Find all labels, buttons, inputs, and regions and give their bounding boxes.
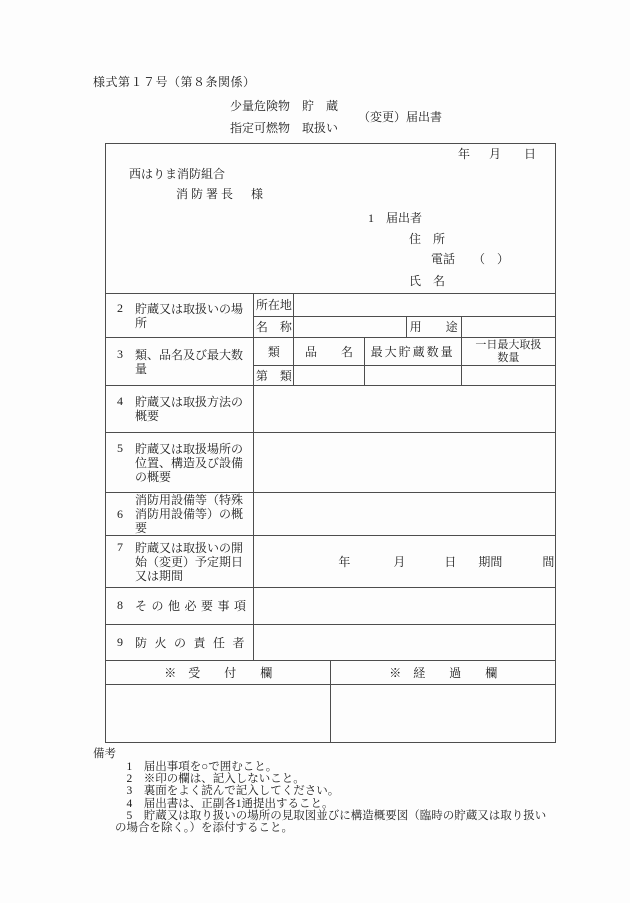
form-number: 様式第１７号（第８条関係）	[93, 76, 256, 88]
facility-name-header: 名 称	[254, 317, 294, 338]
row3-number: 3	[117, 348, 135, 360]
schedule-value-cell: 年 月 日 期間 間	[254, 536, 556, 588]
row8-number: 8	[117, 599, 135, 611]
form-header-cell: 年 月 日 西はりま消防組合 消防署長 様 1 届出者 住 所 電話 （ ） 氏…	[106, 144, 556, 294]
structure-outline-value-cell	[254, 433, 556, 493]
row7-number: 7	[117, 541, 135, 553]
other-items-value-cell	[254, 588, 556, 625]
max-storage-header-text: 最大貯蔵数量	[371, 345, 455, 359]
daily-max-header: 一日最大取扱 数量	[461, 338, 555, 366]
fire-manager-value-cell	[254, 625, 556, 661]
class-value-cell: 第 類	[254, 366, 294, 386]
class-header: 類	[254, 338, 294, 366]
facility-name-value-cell	[294, 317, 406, 338]
row5-number: 5	[117, 442, 135, 454]
item-name-header: 品 名	[294, 338, 364, 366]
title-alternatives: 少量危険物 貯 蔵 指定可燃物 取扱い	[230, 95, 338, 139]
fire-equipment-value-cell	[254, 493, 556, 536]
max-storage-value-cell	[364, 366, 461, 386]
form-document-page: 様式第１７号（第８条関係） 少量危険物 貯 蔵 指定可燃物 取扱い （変更）届出…	[0, 0, 630, 903]
schedule-month-label: 月	[393, 556, 405, 568]
row6-label: 消防用設備等（特殊 消防用設備等）の概 要	[135, 493, 243, 535]
row2-number: 2	[117, 302, 135, 314]
row2-label: 貯蔵又は取扱いの場 所	[135, 302, 243, 330]
title-line-handling: 指定可燃物 取扱い	[230, 117, 338, 139]
row3-label-cell: 3 類、品名及び最大数 量	[106, 338, 254, 386]
row9-number: 9	[117, 636, 135, 648]
reception-stamp-cell	[106, 685, 331, 743]
schedule-year-label: 年	[338, 556, 350, 568]
notification-form-table: 年 月 日 西はりま消防組合 消防署長 様 1 届出者 住 所 電話 （ ） 氏…	[105, 143, 556, 743]
progress-column-header: ※ 経 過 欄	[331, 661, 556, 685]
row6-label-cell: 6 消防用設備等（特殊 消防用設備等）の概 要	[106, 493, 254, 536]
phone-label: 電話 （ ）	[431, 253, 509, 265]
row2-label-cell: 2 貯蔵又は取扱いの場 所	[106, 294, 254, 338]
row4-label-cell: 4 貯蔵又は取扱方法の 概要	[106, 386, 254, 433]
row6-number: 6	[117, 508, 135, 520]
item-name-value-cell	[294, 366, 364, 386]
daily-max-header-text: 一日最大取扱 数量	[475, 339, 541, 365]
progress-stamp-cell	[331, 685, 556, 743]
document-title: 少量危険物 貯 蔵 指定可燃物 取扱い （変更）届出書	[230, 95, 442, 139]
row4-label: 貯蔵又は取扱方法の 概要	[135, 395, 243, 423]
remarks-section: 備考 1 届出事項を○で囲むこと。 2 ※印の欄は、記入しないこと。 3 裏面を…	[93, 748, 581, 834]
row8-label-cell: 8 その他必要事項	[106, 588, 254, 625]
schedule-span-label: 間	[542, 556, 554, 568]
title-suffix: （変更）届出書	[358, 111, 442, 123]
title-line-storage: 少量危険物 貯 蔵	[230, 95, 338, 117]
row5-label-cell: 5 貯蔵又は取扱場所の 位置、構造及び設備 の概要	[106, 433, 254, 493]
reception-column-header: ※ 受 付 欄	[106, 661, 331, 685]
row9-label: 防火の責任者	[135, 636, 252, 650]
row7-label-cell: 7 貯蔵又は取扱いの開 始（変更）予定期日 又は期間	[106, 536, 254, 588]
use-header: 用 途	[406, 317, 461, 338]
notifier-label: 1 届出者	[368, 212, 422, 224]
addressee-fire-chief: 消防署長 様	[176, 188, 266, 200]
row5-label: 貯蔵又は取扱場所の 位置、構造及び設備 の概要	[135, 442, 243, 484]
row3-label: 類、品名及び最大数 量	[135, 348, 243, 376]
remarks-list: 1 届出事項を○で囲むこと。 2 ※印の欄は、記入しないこと。 3 裏面をよく読…	[93, 761, 581, 834]
address-label: 住 所	[409, 233, 445, 245]
schedule-period-label: 期間	[478, 556, 502, 568]
date-day-label: 日	[524, 148, 536, 160]
date-month-label: 月	[489, 148, 501, 160]
row4-number: 4	[117, 395, 135, 407]
row7-label: 貯蔵又は取扱いの開 始（変更）予定期日 又は期間	[135, 541, 243, 583]
date-year-label: 年	[458, 148, 470, 160]
location-header: 所在地	[254, 294, 294, 317]
remarks-title: 備考	[93, 748, 581, 761]
fire-organization-name: 西はりま消防組合	[129, 168, 225, 180]
name-label: 氏 名	[409, 275, 445, 287]
row8-label: その他必要事項	[135, 599, 251, 613]
use-value-cell	[461, 317, 555, 338]
max-storage-header: 最大貯蔵数量	[364, 338, 461, 366]
row9-label-cell: 9 防火の責任者	[106, 625, 254, 661]
location-value-cell	[294, 294, 556, 317]
daily-max-value-cell	[461, 366, 555, 386]
method-outline-value-cell	[254, 386, 556, 433]
schedule-day-label: 日	[444, 556, 456, 568]
